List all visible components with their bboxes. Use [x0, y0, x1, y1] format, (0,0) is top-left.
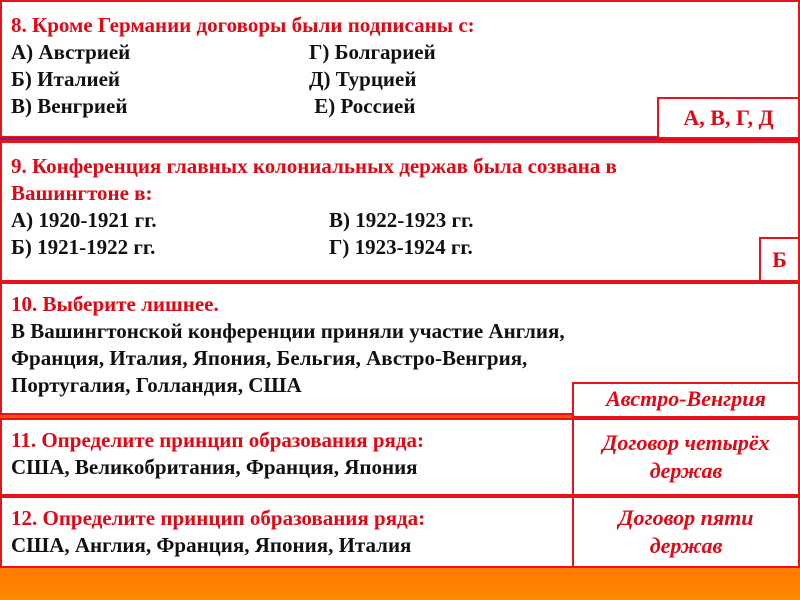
question-10-body-line-1: В Вашингтонской конференции приняли учас… [11, 318, 798, 345]
answer-9-box[interactable]: Б [759, 237, 800, 282]
option-row: А) Австрией Г) Болгарией [11, 39, 798, 66]
option-row: Б) Италией Д) Турцией [11, 66, 798, 93]
question-11-title: 11. Определите принцип образования ряда: [11, 427, 573, 454]
option-v: В) 1922-1923 гг. [329, 207, 473, 234]
answer-12-line-1: Договор пяти [574, 504, 798, 532]
answer-11-line-1: Договор четырёх [574, 429, 798, 457]
question-8-title: 8. Кроме Германии договоры были подписан… [11, 12, 798, 39]
option-v: В) Венгрией [11, 93, 309, 120]
option-g: Г) 1923-1924 гг. [329, 234, 473, 261]
option-e: Е) Россией [309, 93, 415, 120]
answer-11-box[interactable]: Договор четырёх держав [572, 418, 800, 496]
question-9-box: 9. Конференция главных колониальных держ… [0, 141, 800, 282]
option-a: А) Австрией [11, 39, 309, 66]
option-a: А) 1920-1921 гг. [11, 207, 329, 234]
question-10-title: 10. Выберите лишнее. [11, 291, 798, 318]
option-b: Б) 1921-1922 гг. [11, 234, 329, 261]
question-12-body: США, Англия, Франция, Япония, Италия [11, 532, 573, 559]
option-d: Д) Турцией [309, 66, 416, 93]
answer-10-box[interactable]: Австро-Венгрия [572, 382, 800, 418]
option-row: А) 1920-1921 гг. В) 1922-1923 гг. [11, 207, 798, 234]
option-row: Б) 1921-1922 гг. Г) 1923-1924 гг. [11, 234, 798, 261]
question-9-title-line-2: Вашингтоне в: [11, 180, 798, 207]
answer-11-line-2: держав [574, 457, 798, 485]
option-g: Г) Болгарией [309, 39, 436, 66]
question-11-box: 11. Определите принцип образования ряда:… [0, 418, 575, 496]
question-10-body-line-2: Франция, Италия, Япония, Бельгия, Австро… [11, 345, 798, 372]
answer-8-box[interactable]: А, В, Г, Д [657, 97, 800, 139]
question-12-title: 12. Определите принцип образования ряда: [11, 505, 573, 532]
option-b: Б) Италией [11, 66, 309, 93]
question-9-title-line-1: 9. Конференция главных колониальных держ… [11, 153, 798, 180]
question-12-box: 12. Определите принцип образования ряда:… [0, 496, 575, 568]
answer-12-line-2: держав [574, 532, 798, 560]
answer-12-box[interactable]: Договор пяти держав [572, 496, 800, 568]
question-11-body: США, Великобритания, Франция, Япония [11, 454, 573, 481]
